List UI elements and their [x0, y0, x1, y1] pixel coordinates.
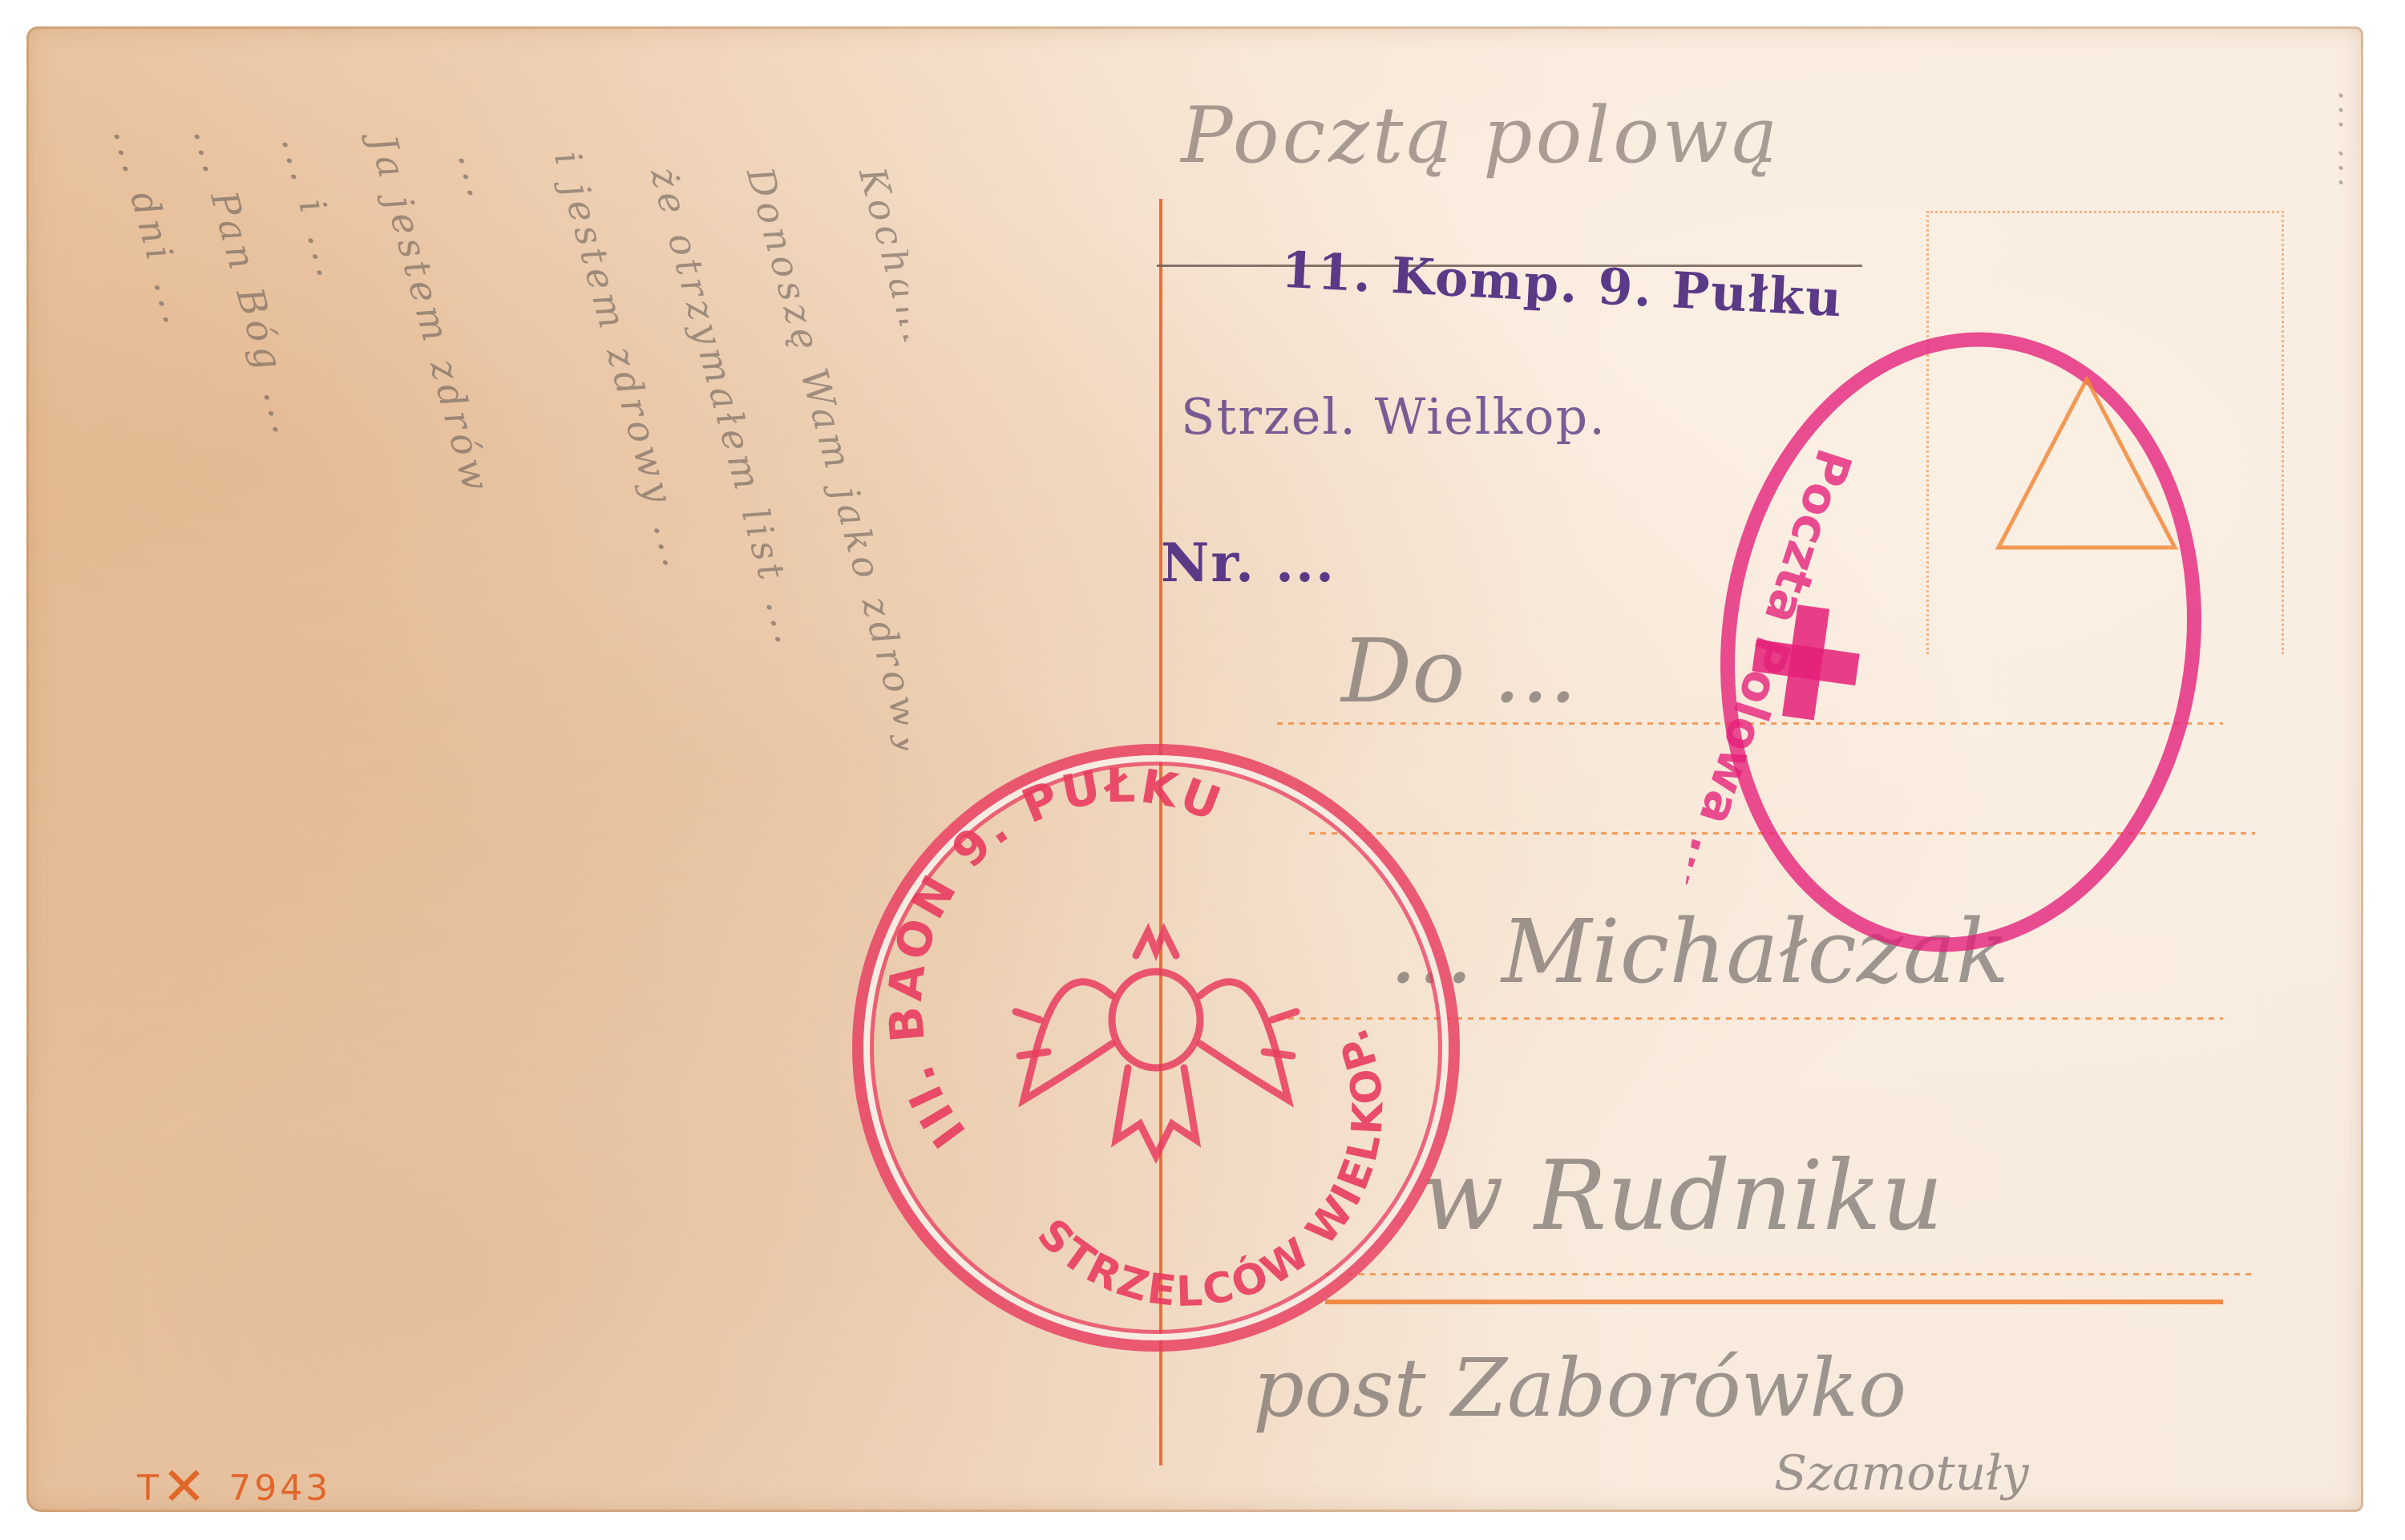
- battalion-seal: III. BAON 9. PUŁKU STRZELCÓW WIELKOP.: [852, 744, 1460, 1352]
- printer-mark: T✕7943: [137, 1456, 331, 1518]
- message-line: ...: [59, 123, 87, 182]
- address-line-3: w Rudniku: [1421, 1141, 1943, 1252]
- seal-text-ring: III. BAON 9. PUŁKU STRZELCÓW WIELKOP.: [863, 755, 1449, 1340]
- address-line: [1325, 1273, 2255, 1275]
- printer-number: 7943: [228, 1468, 331, 1509]
- address-line-4: post Zaborówko: [1253, 1341, 1906, 1435]
- eagle-icon: [1016, 932, 1296, 1156]
- censor-text: Poczta Polowa ... Wielkop. ...: [1685, 443, 1862, 951]
- postcard: Kochani Rodzice ... Donoszę Wam jako zdr…: [26, 26, 2363, 1512]
- typed-stamp-line-1: 11. Komp. 9. Pułku: [1280, 240, 1845, 329]
- printer-x-icon: ✕: [162, 1456, 209, 1518]
- printer-prefix: T: [137, 1468, 162, 1509]
- typed-stamp-line-2: Strzel. Wielkop.: [1181, 387, 1607, 446]
- message-line: ... dni ...: [105, 123, 200, 333]
- message-line: ...: [450, 147, 504, 206]
- address-underline: [1325, 1300, 2223, 1304]
- address-line-1: Do ...: [1341, 620, 1577, 722]
- typed-stamp-line-3: Nr. ...: [1161, 532, 1336, 594]
- right-margin-writing: ... ...: [2335, 91, 2383, 1453]
- address-line-5: Szamotuły: [1774, 1445, 2029, 1502]
- heading-handwriting: Pocztą polową: [1181, 91, 1781, 180]
- message-line: ... i ...: [273, 131, 354, 285]
- handwritten-message: Kochani Rodzice ... Donoszę Wam jako zdr…: [59, 75, 908, 1485]
- triangle-mark-icon: [1991, 371, 2183, 556]
